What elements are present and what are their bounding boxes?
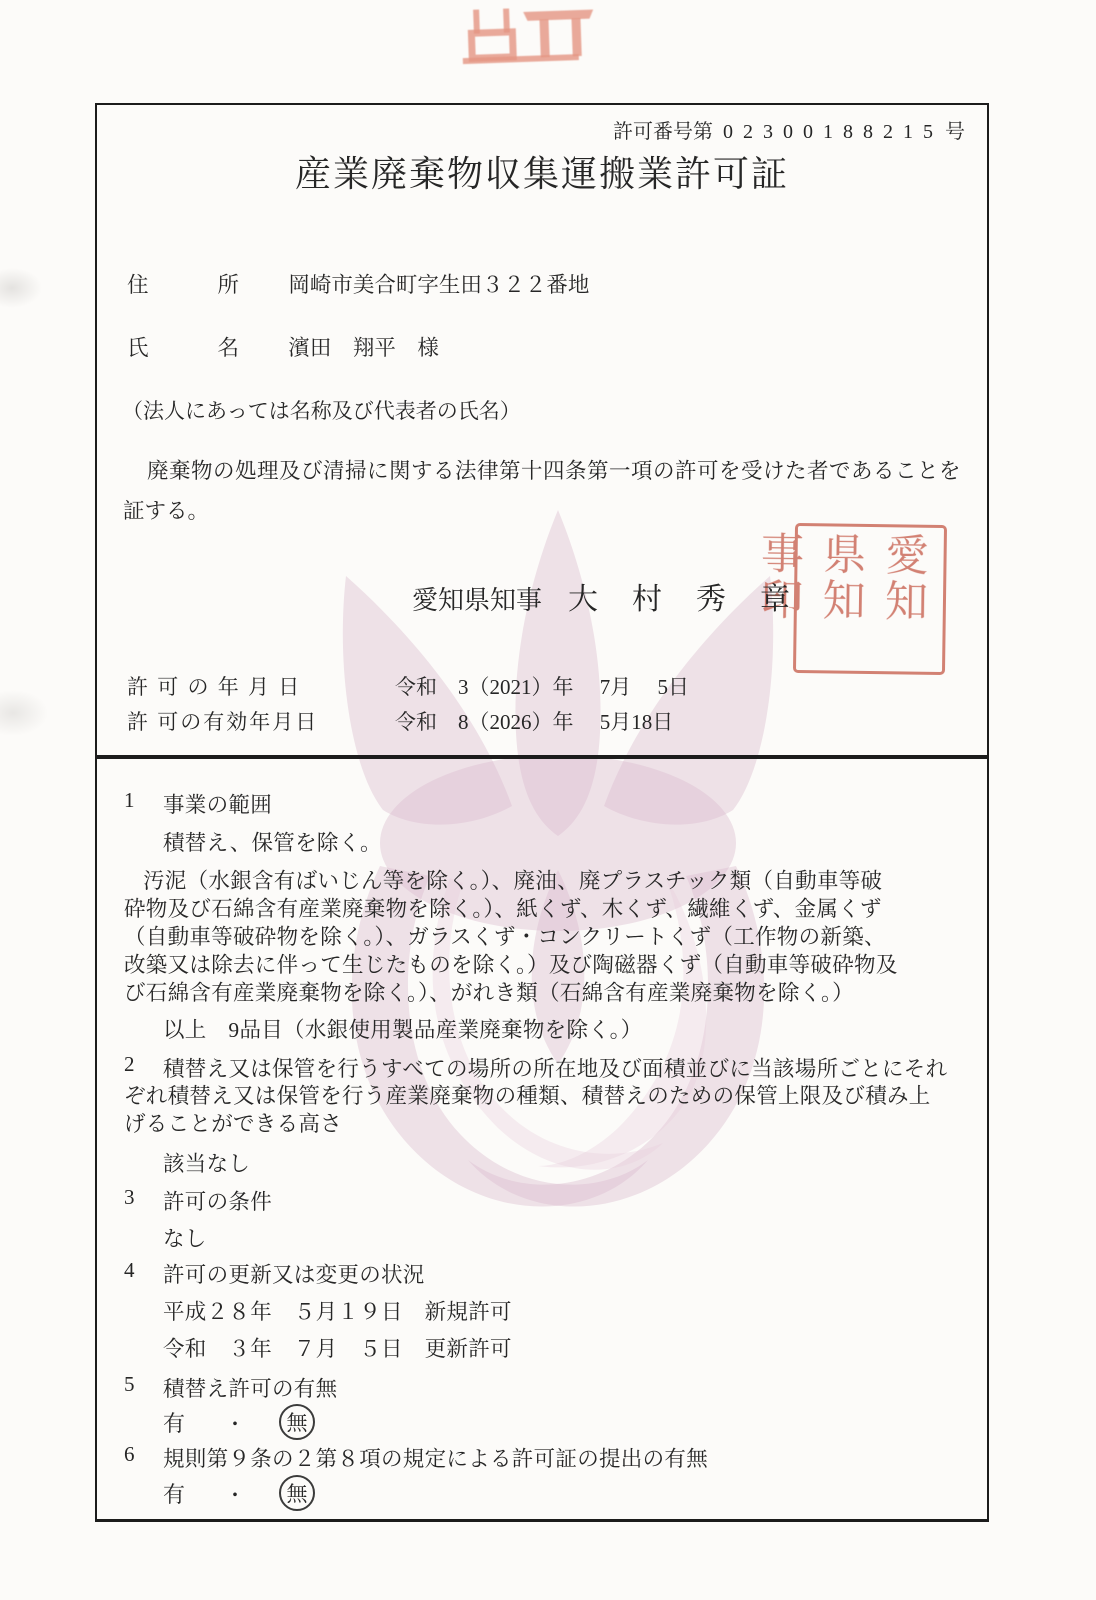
address-label-char: 住 [127,268,149,299]
valid-date-value: 令和 8（2026）年 5月18日 [395,710,673,734]
option-separator: ・ [225,1408,245,1437]
scan-smudge [0,268,42,308]
option-no-circled: 無 [279,1475,315,1511]
issue-date-value: 令和 3（2021）年 7月 5日 [395,675,689,699]
section-1-para-line: 砕物及び石綿含有産業廃棄物を除く。）、紙くず、木くず、繊維くず、金属くず [124,892,882,923]
section-1-heading: 事業の範囲 [163,788,272,819]
valid-date-row: 許 可の有効年月日令和 8（2026）年 5月18日 [127,706,673,736]
option-yes: 有 [163,1407,185,1438]
section-2-answer: 該当なし [163,1147,250,1178]
partial-red-stamp-icon [447,1,599,68]
address-label: 住 所 [127,268,239,299]
governor-name: 大 村 秀 章 [568,583,792,616]
section-3-heading: 許可の条件 [163,1185,272,1216]
section-1-sub: 積替え、保管を除く。 [163,826,382,857]
section-4-entry: 平成２８年 ５月１９日 新規許可 [163,1295,512,1326]
section-3-number: 3 [124,1185,135,1210]
section-6-heading: 規則第９条の２第８項の規定による許可証の提出の有無 [163,1442,708,1473]
option-yes: 有 [163,1478,185,1509]
name-label: 氏 名 [127,331,239,362]
name-value: 濱田 翔平 様 [288,336,439,360]
corporate-note: （法人にあっては名称及び代表者の氏名） [122,395,521,425]
permit-number-digits: 02300188215 [723,121,943,143]
section-4-entry: 令和 ３年 ７月 ５日 更新許可 [163,1332,512,1363]
governor-title: 愛知県知事 [412,586,542,615]
section-5-answer-row: 有 ・ 無 [163,1404,315,1440]
permit-number-line: 許可番号第02300188215号 [613,115,965,144]
section-5-number: 5 [124,1372,135,1397]
issue-date-label: 許 可 の 年 月 日 [127,671,333,701]
name-label-char: 氏 [127,331,149,362]
permit-number-suffix: 号 [945,121,965,143]
section-6-answer-row: 有 ・ 無 [163,1475,315,1511]
governor-red-seal: 愛知県知事印 [793,523,947,675]
section-4-number: 4 [124,1258,135,1283]
name-label-char: 名 [217,331,239,362]
section-4-heading: 許可の更新又は変更の状況 [163,1258,425,1289]
option-no-circled: 無 [279,1404,315,1440]
option-separator: ・ [225,1479,245,1508]
permit-conditions-box: 1 事業の範囲 積替え、保管を除く。 汚泥（水銀含有ばいじん等を除く。）、廃油、… [95,757,989,1522]
scanned-permit-page: 許可番号第02300188215号 産業廃棄物収集運搬業許可証 住 所 岡崎市美… [0,0,1096,1600]
section-1-para-line: （自動車等破砕物を除く。）、ガラスくず・コンクリートくず（工作物の新築、 [124,920,886,951]
governor-signature-row: 愛知県知事大 村 秀 章 [412,574,792,618]
valid-date-label: 許 可の有効年月日 [127,706,333,736]
certification-line-1: 廃棄物の処理及び清掃に関する法律第十四条第一項の許可を受けた者であることを [147,454,961,485]
scan-smudge [0,690,48,736]
section-1-para-line: 汚泥（水銀含有ばいじん等を除く。）、廃油、廃プラスチック類（自動車等破 [143,864,882,895]
address-row: 住 所 岡崎市美合町字生田３２２番地 [127,268,589,299]
certification-line-2: 証する。 [123,494,209,525]
section-2-line: ぞれ積替え又は保管を行う産業廃棄物の種類、積替えのための保管上限及び積み上 [124,1079,931,1110]
section-1-para-line: 改築又は除去に伴って生じたものを除く。）及び陶磁器くず（自動車等破砕物及 [124,948,898,979]
section-2-line: げることができる高さ [124,1107,342,1138]
section-3-answer: なし [163,1222,207,1253]
section-2-number: 2 [124,1052,135,1077]
issue-date-row: 許 可 の 年 月 日令和 3（2021）年 7月 5日 [127,671,689,701]
name-row: 氏 名 濱田 翔平 様 [127,331,439,362]
section-6-number: 6 [124,1442,135,1467]
address-value: 岡崎市美合町字生田３２２番地 [288,273,589,297]
section-1-para-line: び石綿含有産業廃棄物を除く。）、がれき類（石綿含有産業廃棄物を除く。） [124,976,854,1007]
section-5-heading: 積替え許可の有無 [163,1372,337,1403]
document-title: 産業廃棄物収集運搬業許可証 [97,146,987,197]
certificate-header-box: 許可番号第02300188215号 産業廃棄物収集運搬業許可証 住 所 岡崎市美… [95,103,989,757]
section-1-number: 1 [124,788,135,813]
address-label-char: 所 [217,268,239,299]
permit-number-prefix: 許可番号第 [613,121,713,143]
section-1-summary: 以上 9品目（水銀使用製品産業廃棄物を除く。） [163,1013,642,1044]
